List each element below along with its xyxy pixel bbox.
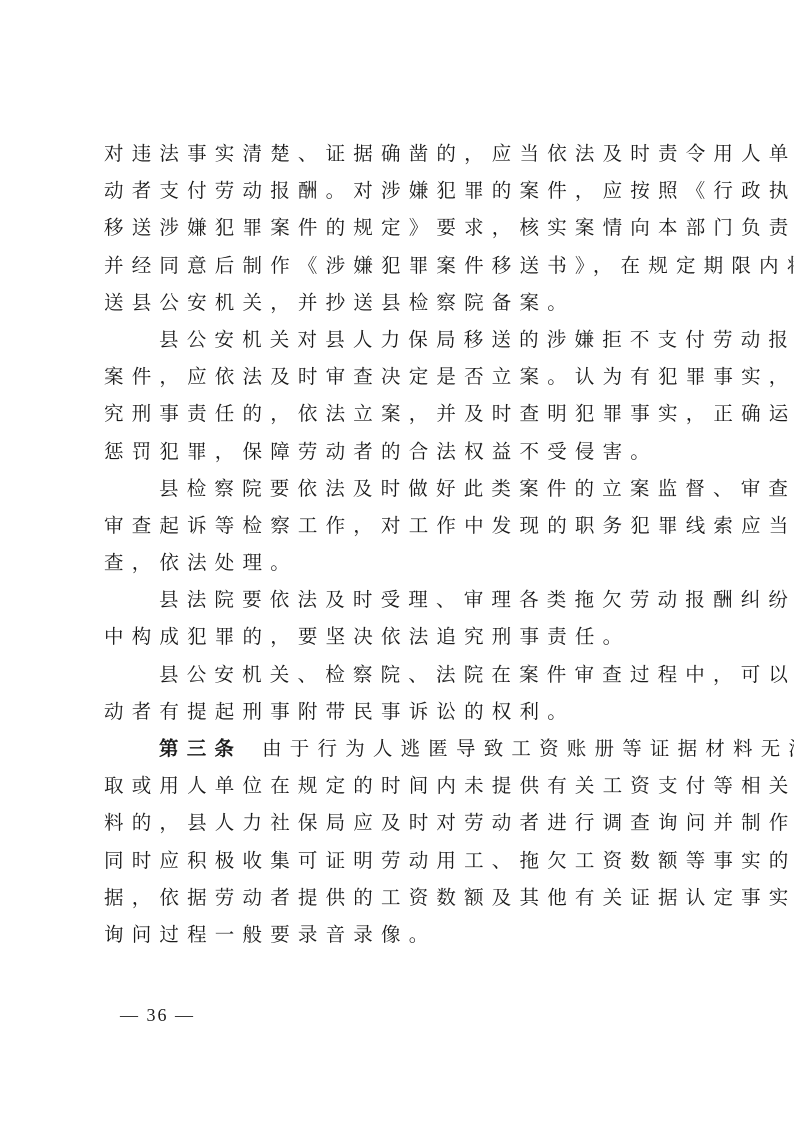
article-heading-line: 第三条由于行为人逃匿导致工资账册等证据材料无法调 — [104, 730, 692, 767]
text-line: 并经同意后制作《涉嫌犯罪案件移送书》，在规定期限内将案件移 — [104, 247, 692, 284]
text-line: 询问过程一般要录音录像。 — [104, 916, 692, 953]
text-line: 对违法事实清楚、证据确凿的，应当依法及时责令用人单位向劳 — [104, 135, 692, 172]
text-line: 中构成犯罪的，要坚决依法追究刑事责任。 — [104, 618, 692, 655]
text-line: 据，依据劳动者提供的工资数额及其他有关证据认定事实。调查 — [104, 879, 692, 916]
text-line: 同时应积极收集可证明劳动用工、拖欠工资数额等事实的相关证 — [104, 842, 692, 879]
article-text: 由于行为人逃匿导致工资账册等证据材料无法调 — [262, 737, 794, 760]
text-line: 动者有提起刑事附带民事诉讼的权利。 — [104, 693, 692, 730]
text-line: 动者支付劳动报酬。对涉嫌犯罪的案件，应按照《行政执法机关 — [104, 172, 692, 209]
text-line: 审查起诉等检察工作，对工作中发现的职务犯罪线索应当认真审 — [104, 507, 692, 544]
document-body: 对违法事实清楚、证据确凿的，应当依法及时责令用人单位向劳 动者支付劳动报酬。对涉… — [104, 135, 692, 953]
text-line: 送县公安机关，并抄送县检察院备案。 — [104, 284, 692, 321]
text-line: 案件，应依法及时审查决定是否立案。认为有犯罪事实，需要追 — [104, 358, 692, 395]
paragraph-start-line: 县公安机关、检察院、法院在案件审查过程中，可以告知劳 — [104, 656, 692, 693]
text-line: 料的，县人力社保局应及时对劳动者进行调查询问并制作笔录， — [104, 804, 692, 841]
text-line: 查，依法处理。 — [104, 544, 692, 581]
paragraph-start-line: 县检察院要依法及时做好此类案件的立案监督、审查批捕、 — [104, 470, 692, 507]
text-line: 究刑事责任的，依法立案，并及时查明犯罪事实，正确运用法律 — [104, 395, 692, 432]
text-line: 取或用人单位在规定的时间内未提供有关工资支付等相关证据材 — [104, 767, 692, 804]
page-number: — 36 — — [120, 1005, 195, 1026]
paragraph-start-line: 县公安机关对县人力保局移送的涉嫌拒不支付劳动报酬犯罪 — [104, 321, 692, 358]
paragraph-start-line: 县法院要依法及时受理、审理各类拖欠劳动报酬纠纷，对其 — [104, 581, 692, 618]
text-line: 惩罚犯罪，保障劳动者的合法权益不受侵害。 — [104, 433, 692, 470]
text-line: 移送涉嫌犯罪案件的规定》要求，核实案情向本部门负责人报告 — [104, 209, 692, 246]
article-heading: 第三条 — [159, 737, 242, 760]
